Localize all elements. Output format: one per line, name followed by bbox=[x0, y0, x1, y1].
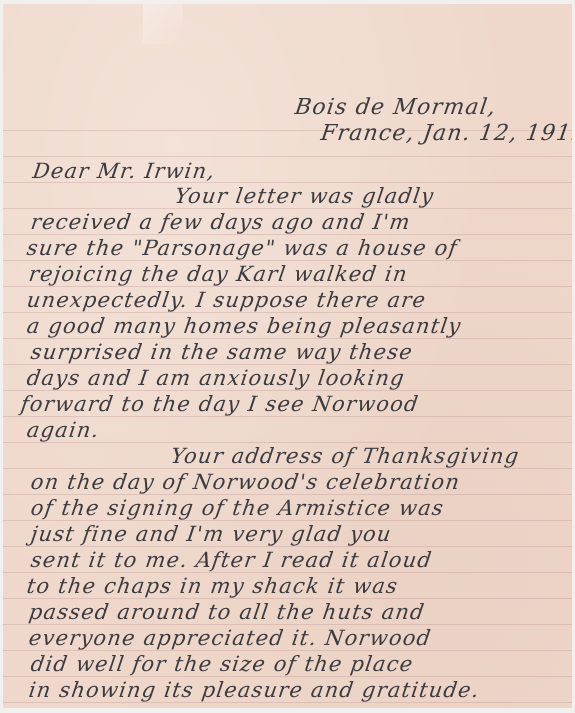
ruled-line bbox=[3, 468, 572, 469]
body-line: surprised in the same way these bbox=[29, 340, 414, 364]
body-line: unexpectedly. I suppose there are bbox=[25, 288, 428, 312]
body-line: passed around to all the huts and bbox=[27, 600, 426, 624]
body-line: received a few days ago and I'm bbox=[29, 210, 412, 234]
ruled-line bbox=[3, 442, 572, 443]
ruled-line bbox=[3, 676, 572, 677]
ruled-line bbox=[3, 650, 572, 651]
body-line: Your letter was gladly bbox=[173, 184, 436, 208]
ruled-line bbox=[3, 546, 572, 547]
ruled-line bbox=[3, 624, 572, 625]
ruled-line bbox=[3, 702, 572, 703]
body-line: just fine and I'm very glad you bbox=[29, 522, 393, 546]
ruled-line bbox=[3, 572, 572, 573]
body-line: forward to the day I see Norwood bbox=[19, 392, 420, 416]
body-line: sure the "Parsonage" was a house of bbox=[25, 236, 459, 260]
ruled-line bbox=[3, 312, 572, 313]
letter-place: Bois de Mormal, bbox=[293, 96, 497, 120]
ruled-line bbox=[3, 156, 572, 157]
body-line: sent it to me. After I read it aloud bbox=[29, 548, 434, 572]
body-line: everyone appreciated it. Norwood bbox=[27, 626, 433, 650]
ruled-line bbox=[3, 260, 572, 261]
body-line: in showing its pleasure and gratitude. bbox=[27, 678, 481, 702]
body-line: days and I am anxiously looking bbox=[25, 366, 406, 390]
letter-date: France, Jan. 12, 1919. bbox=[319, 122, 572, 146]
salutation: Dear Mr. Irwin, bbox=[31, 159, 217, 183]
ruled-line bbox=[3, 364, 572, 365]
letter-paper: Bois de Mormal, France, Jan. 12, 1919. D… bbox=[3, 4, 572, 708]
ruled-line bbox=[3, 494, 572, 495]
ruled-line bbox=[3, 520, 572, 521]
ruled-line bbox=[3, 416, 572, 417]
body-line: Your address of Thanksgiving bbox=[169, 444, 521, 468]
ruled-line bbox=[3, 390, 572, 391]
paper-crease bbox=[143, 4, 183, 44]
ruled-line bbox=[3, 598, 572, 599]
body-line: on the day of Norwood's celebration bbox=[29, 470, 462, 494]
body-line: again. bbox=[25, 418, 101, 442]
body-line: of the signing of the Armistice was bbox=[29, 496, 445, 520]
body-line: rejoicing the day Karl walked in bbox=[27, 262, 409, 286]
ruled-line bbox=[3, 286, 572, 287]
ruled-line bbox=[3, 208, 572, 209]
body-line: to the chaps in my shack it was bbox=[25, 574, 400, 598]
body-line: a good many homes being pleasantly bbox=[25, 314, 463, 338]
body-line: did well for the size of the place bbox=[29, 652, 415, 676]
ruled-line bbox=[3, 234, 572, 235]
ruled-line bbox=[3, 338, 572, 339]
